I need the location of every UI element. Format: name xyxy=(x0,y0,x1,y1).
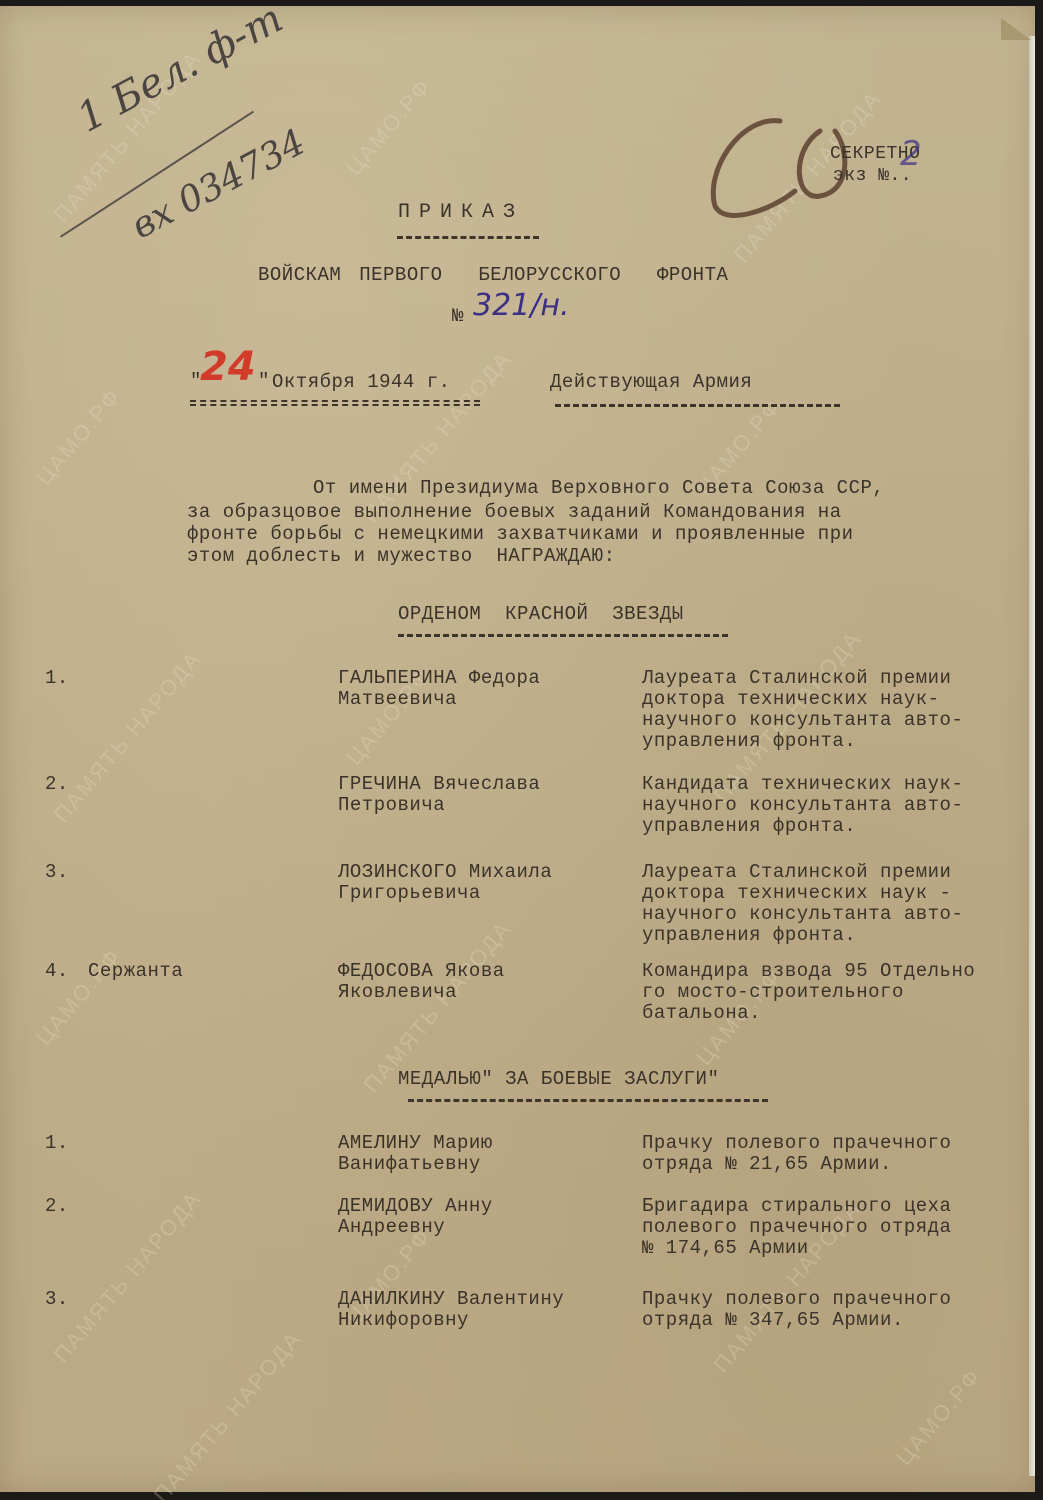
order-subtitle: ВОЙСКАМ ПЕРВОГО БЕЛОРУССКОГО ФРОНТА xyxy=(258,265,728,286)
watermark: ЦАМО.РФ xyxy=(343,75,435,179)
document-page: ПАМЯТЬ НАРОДАЦАМО.РФПАМЯТЬ НАРОДАЦАМО.РФ… xyxy=(0,6,1035,1492)
page-fold-corner xyxy=(1001,18,1031,40)
date-close-quote: " xyxy=(258,371,270,392)
entry-description-line: отряда № 347,65 Армии. xyxy=(642,1310,904,1331)
date-day: 24 xyxy=(200,344,256,390)
entry-number: 2. xyxy=(45,774,69,795)
entry-description-line: Лауреата Сталинской премии xyxy=(642,862,951,883)
entry-description-line: отряда № 21,65 Армии. xyxy=(642,1154,892,1175)
entry-name-line: Никифоровну xyxy=(338,1310,469,1331)
entry-name-line: Матвеевича xyxy=(338,689,457,710)
entry-description-line: № 174,65 Армии xyxy=(642,1238,809,1259)
entry-description-line: Командира взвода 95 Отдельно xyxy=(642,961,975,982)
order-title: ПРИКАЗ xyxy=(398,202,524,223)
preamble-line: этом доблесть и мужество НАГРАЖДАЮ: xyxy=(187,546,615,567)
entry-name-line: ГАЛЬПЕРИНА Федора xyxy=(338,668,540,689)
entry-description-line: научного консультанта авто- xyxy=(642,710,963,731)
entry-description-line: научного консультанта авто- xyxy=(642,904,963,925)
entry-rank: Сержанта xyxy=(88,961,183,982)
entry-description-line: управления фронта. xyxy=(642,731,856,752)
entry-name-line: ФЕДОСОВА Якова xyxy=(338,961,505,982)
entry-name-line: Петровича xyxy=(338,795,445,816)
award-heading-combat-merit: МЕДАЛЬЮ" ЗА БОЕВЫЕ ЗАСЛУГИ" xyxy=(398,1069,719,1090)
entry-number: 4. xyxy=(45,961,69,982)
title-underline xyxy=(397,236,539,239)
entry-number: 3. xyxy=(45,862,69,883)
entry-description-line: доктора технических наук- xyxy=(642,689,940,710)
handwritten-incoming-number: вх 034734 xyxy=(125,122,312,247)
entry-name-line: Григорьевича xyxy=(338,883,481,904)
location: Действующая Армия xyxy=(550,372,752,393)
preamble-line: фронте борьбы с немецкими захватчиками и… xyxy=(187,524,854,545)
entry-description-line: Бригадира стирального цеха xyxy=(642,1196,951,1217)
entry-description-line: Прачку полевого прачечного xyxy=(642,1289,951,1310)
entry-number: 2. xyxy=(45,1196,69,1217)
handwritten-front-label: 1 Бел. ф-т xyxy=(70,0,290,142)
entry-description-line: управления фронта. xyxy=(642,925,856,946)
entry-description-line: батальона. xyxy=(642,1003,761,1024)
award-heading-red-star: ОРДЕНОМ КРАСНОЙ ЗВЕЗДЫ xyxy=(398,604,684,625)
date-underline xyxy=(190,400,480,406)
award-heading-underline xyxy=(408,1099,768,1102)
entry-name-line: Яковлевича xyxy=(338,982,457,1003)
preamble-line: От имени Президиума Верховного Совета Со… xyxy=(313,478,884,499)
entry-description-line: го мосто-строительного xyxy=(642,982,904,1003)
entry-description-line: управления фронта. xyxy=(642,816,856,837)
order-date: Октября 1944 г. xyxy=(272,372,451,393)
watermark: ПАМЯТЬ НАРОДА xyxy=(150,1327,305,1500)
order-number: 321/н. xyxy=(473,288,570,323)
page-edge xyxy=(1029,36,1035,1476)
copy-number-handwritten: 2 xyxy=(900,134,922,174)
entry-description-line: полевого прачечного отряда xyxy=(642,1217,951,1238)
entry-description-line: доктора технических наук - xyxy=(642,883,951,904)
entry-name-line: Ванифатьевну xyxy=(338,1154,481,1175)
entry-number: 1. xyxy=(45,1133,69,1154)
entry-name-line: АМЕЛИНУ Марию xyxy=(338,1133,493,1154)
entry-number: 1. xyxy=(45,668,69,689)
entry-name-line: ЛОЗИНСКОГО Михаила xyxy=(338,862,552,883)
order-number-prefix: № xyxy=(452,306,464,327)
award-heading-underline xyxy=(398,634,728,637)
entry-description-line: научного консультанта авто- xyxy=(642,795,963,816)
watermark: ЦАМО.РФ xyxy=(33,385,125,489)
entry-name-line: ДАНИЛКИНУ Валентину xyxy=(338,1289,564,1310)
entry-description-line: Кандидата технических наук- xyxy=(642,774,963,795)
entry-description-line: Прачку полевого прачечного xyxy=(642,1133,951,1154)
entry-name-line: ГРЕЧИНА Вячеслава xyxy=(338,774,540,795)
entry-description-line: Лауреата Сталинской премии xyxy=(642,668,951,689)
entry-name-line: ДЕМИДОВУ Анну xyxy=(338,1196,493,1217)
preamble-line: за образцовое выполнение боевых заданий … xyxy=(187,502,842,523)
watermark: ЦАМО.РФ xyxy=(893,1365,985,1469)
location-underline xyxy=(555,404,840,407)
entry-number: 3. xyxy=(45,1289,69,1310)
entry-name-line: Андреевну xyxy=(338,1217,445,1238)
watermark: ПАМЯТЬ НАРОДА xyxy=(50,1187,205,1366)
watermark: ПАМЯТЬ НАРОДА xyxy=(50,647,205,826)
